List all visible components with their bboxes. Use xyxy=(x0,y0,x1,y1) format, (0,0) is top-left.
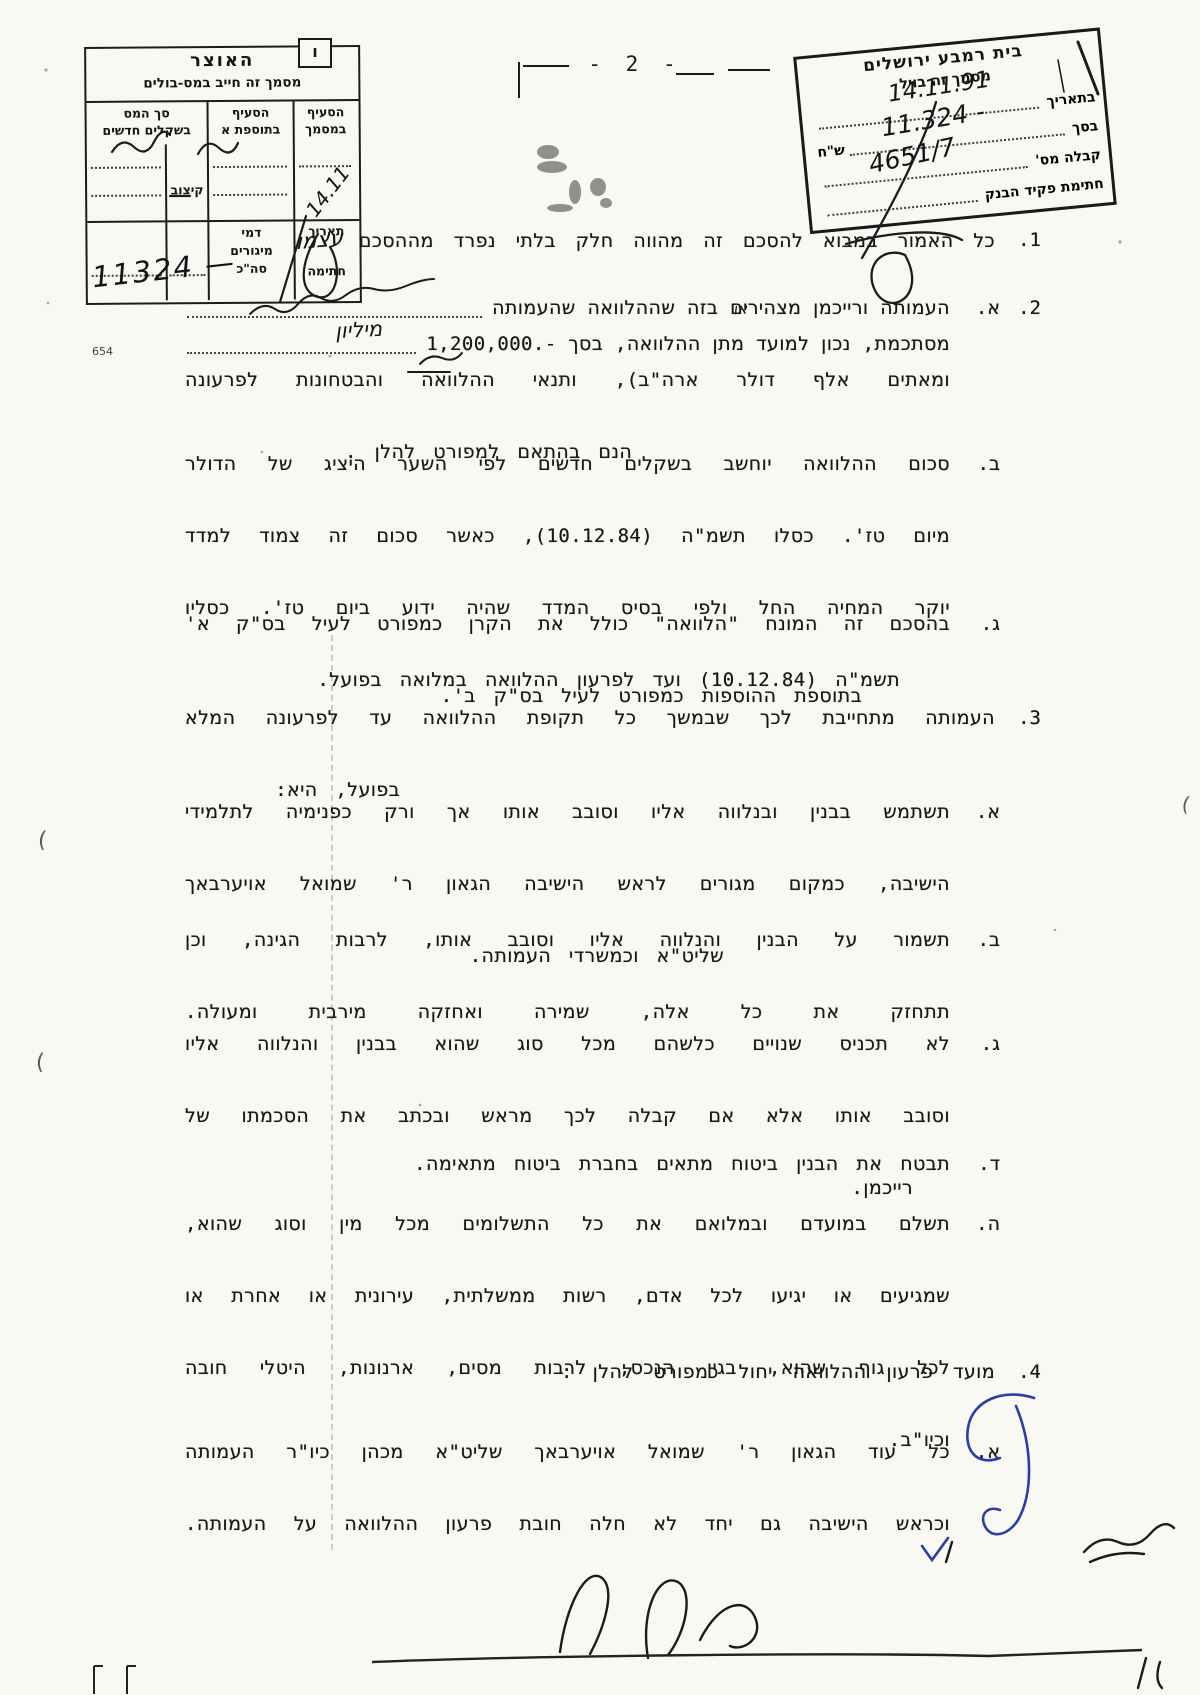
clause-2b-letter: ב. xyxy=(978,446,1000,482)
clause-3e-line-2: שמגיעים או יגיעו לכל אדם, רשות ממשלתית, … xyxy=(185,1278,950,1350)
clause-4a-text-2: וכראש הישיבה גם יחד לא חלה חובת פרעון הה… xyxy=(185,1513,950,1535)
clause-3b-letter: ב. xyxy=(978,922,1000,958)
handwritten-word-self: עצמו xyxy=(295,220,344,260)
bank-stamp-date-label: בתאריך xyxy=(1046,86,1097,113)
clause-3e-line-1: תשלם במועדם ובמלואם את כל התשלומים מכל מ… xyxy=(185,1206,950,1278)
clause-4: מועד פרעון ההלוואה יחול כמפורט להלן : xyxy=(185,1354,995,1390)
clause-3a-letter: א. xyxy=(976,794,1000,830)
clause-3b-text-2: תתחזק את כל אלה, שמירה ואחזקה מירבית ומע… xyxy=(185,1001,950,1023)
clause-4a-line-2: וכראש הישיבה גם יחד לא חלה חובת פרעון הה… xyxy=(185,1506,950,1578)
clause-2b-line-1: סכום ההלוואה יוחשב בשקלים חדשים לפי השער… xyxy=(185,446,950,518)
clause-2b-line-2: מיום טז'. כסלו תשמ"ה (10.12.84), כאשר סכ… xyxy=(185,518,950,590)
clause-3e-text-2: שמגיעים או יגיעו לכל אדם, רשות ממשלתית, … xyxy=(185,1285,950,1307)
clause-3c-text-2: וסובב אותו אלא אם קבלה לכך מראש ובכתב את… xyxy=(185,1105,950,1127)
clause-3d-text-1: תבטח את הבנין ביטוח מתאים בחברת ביטוח מת… xyxy=(414,1153,950,1175)
clause-2-number: 2. xyxy=(1018,290,1041,326)
clause-3-text-1: העמותה מתחייבת לכך שבמשך כל תקופת ההלווא… xyxy=(185,707,995,729)
clause-4-text-1: מועד פרעון ההלוואה יחול כמפורט להלן : xyxy=(561,1361,995,1383)
clause-3-number: 3. xyxy=(1018,700,1041,736)
clause-3: העמותה מתחייבת לכך שבמשך כל תקופת ההלווא… xyxy=(185,700,995,808)
clause-3b-line-1: תשמור על הבנין והנלווה אליו וסובב אותו, … xyxy=(185,922,950,994)
clause-3c-text-1: לא תכניס שנויים כלשהם מכל סוג שהוא בבנין… xyxy=(185,1033,950,1055)
clause-4-number: 4. xyxy=(1018,1354,1041,1390)
clause-3e-letter: ה. xyxy=(976,1206,1000,1242)
scanned-document-page: האוצר מסמך זה חייב במס-בולים הסעיף במסמך… xyxy=(0,0,1200,1695)
clause-4a-text-1: כל עוד הגאון ר' שמואל אויערבאך שליט"א מכ… xyxy=(185,1441,950,1463)
clause-2a: העמותה ורייכמן מצהירים בזה שההלוואה שהעמ… xyxy=(185,290,950,470)
clause-3e: תשלם במועדם ובמלואם את כל התשלומים מכל מ… xyxy=(185,1206,950,1458)
clause-3-line-1: העמותה מתחייבת לכך שבמשך כל תקופת ההלווא… xyxy=(185,700,995,772)
clause-4-line-1: מועד פרעון ההלוואה יחול כמפורט להלן : xyxy=(185,1354,995,1390)
clause-3a-text-2: הישיבה, כמקום מגורים לראש הישיבה הגאון ר… xyxy=(185,873,950,895)
treasury-dots-3 xyxy=(91,166,161,168)
clause-2a-letter: א. xyxy=(976,290,1000,326)
clause-2b-text-1: סכום ההלוואה יוחשב בשקלים חדשים לפי השער… xyxy=(185,453,950,475)
clause-2a-text-3: ומאתים אלף דולר ארה"ב), ותנאי ההלוואה וה… xyxy=(185,369,950,391)
clause-2a-text-1: העמותה ורייכמן מצהירים בזה שההלוואה שהעמ… xyxy=(492,290,950,326)
treasury-dots-5 xyxy=(91,194,161,196)
clause-3d: תבטח את הבנין ביטוח מתאים בחברת ביטוח מת… xyxy=(185,1146,950,1182)
dotted-blank-1 xyxy=(187,316,482,318)
clause-2c-text-1: בהסכם זה המונח "הלוואה" כולל את הקרן כמפ… xyxy=(185,613,950,635)
clause-1-text: כל האמור במבוא להסכם זה מהווה חלק בלתי נ… xyxy=(359,230,995,252)
clause-3b-text-1: תשמור על הבנין והנלווה אליו וסובב אותו, … xyxy=(185,929,950,951)
clause-2c-line-1: בהסכם זה המונח "הלוואה" כולל את הקרן כמפ… xyxy=(185,606,950,678)
clause-4a-letter: א. xyxy=(976,1434,1000,1470)
handwritten-or-note: או xyxy=(732,300,747,319)
margin-note: 654 xyxy=(92,345,113,358)
margin-paren-mark-3: ( xyxy=(1180,792,1192,817)
clause-3d-line-1: תבטח את הבנין ביטוח מתאים בחברת ביטוח מת… xyxy=(185,1146,950,1182)
handwritten-million: מיליון xyxy=(334,317,382,343)
dotted-blank-2 xyxy=(187,352,416,354)
clause-3c-line-1: לא תכניס שנויים כלשהם מכל סוג שהוא בבנין… xyxy=(185,1026,950,1098)
clause-3e-text-1: תשלם במועדם ובמלואם את כל התשלומים מכל מ… xyxy=(185,1213,950,1235)
clause-4a: כל עוד הגאון ר' שמואל אויערבאך שליט"א מכ… xyxy=(185,1434,950,1578)
bank-stamp-amount-label: בסך xyxy=(1071,115,1099,139)
margin-paren-mark-1: ( xyxy=(37,828,48,854)
clause-4a-line-1: כל עוד הגאון ר' שמואל אויערבאך שליט"א מכ… xyxy=(185,1434,950,1506)
margin-paren-mark-2: ( xyxy=(35,1050,45,1076)
clause-2c-letter: ג. xyxy=(981,606,1000,642)
clause-2a-text-2: מסתכמת, נכון למועד מתן ההלוואה, בסך -.1,… xyxy=(426,326,950,362)
clause-3a-line-1: תשתמש בבנין ובנלווה אליו וסובב אותו אך ו… xyxy=(185,794,950,866)
clause-3d-letter: ד. xyxy=(978,1146,1000,1182)
clause-1-line-1: כל האמור במבוא להסכם זה מהווה חלק בלתי נ… xyxy=(185,222,995,259)
document-body: 1. כל האמור במבוא להסכם זה מהווה חלק בלת… xyxy=(185,0,1045,1695)
clause-1: כל האמור במבוא להסכם זה מהווה חלק בלתי נ… xyxy=(185,222,995,259)
clause-2c: בהסכם זה המונח "הלוואה" כולל את הקרן כמפ… xyxy=(185,606,950,714)
clause-2a-line-1: העמותה ורייכמן מצהירים בזה שההלוואה שהעמ… xyxy=(185,290,950,326)
clause-1-number: 1. xyxy=(1018,222,1041,258)
clause-3a-text-1: תשתמש בבנין ובנלווה אליו וסובב אותו אך ו… xyxy=(185,801,950,823)
clause-2a-line-3: ומאתים אלף דולר ארה"ב), ותנאי ההלוואה וה… xyxy=(185,362,950,434)
clause-2b-text-2: מיום טז'. כסלו תשמ"ה (10.12.84), כאשר סכ… xyxy=(185,525,950,547)
clause-3c-letter: ג. xyxy=(981,1026,1000,1062)
clause-2a-line-2: מסתכמת, נכון למועד מתן ההלוואה, בסך -.1,… xyxy=(185,326,950,362)
